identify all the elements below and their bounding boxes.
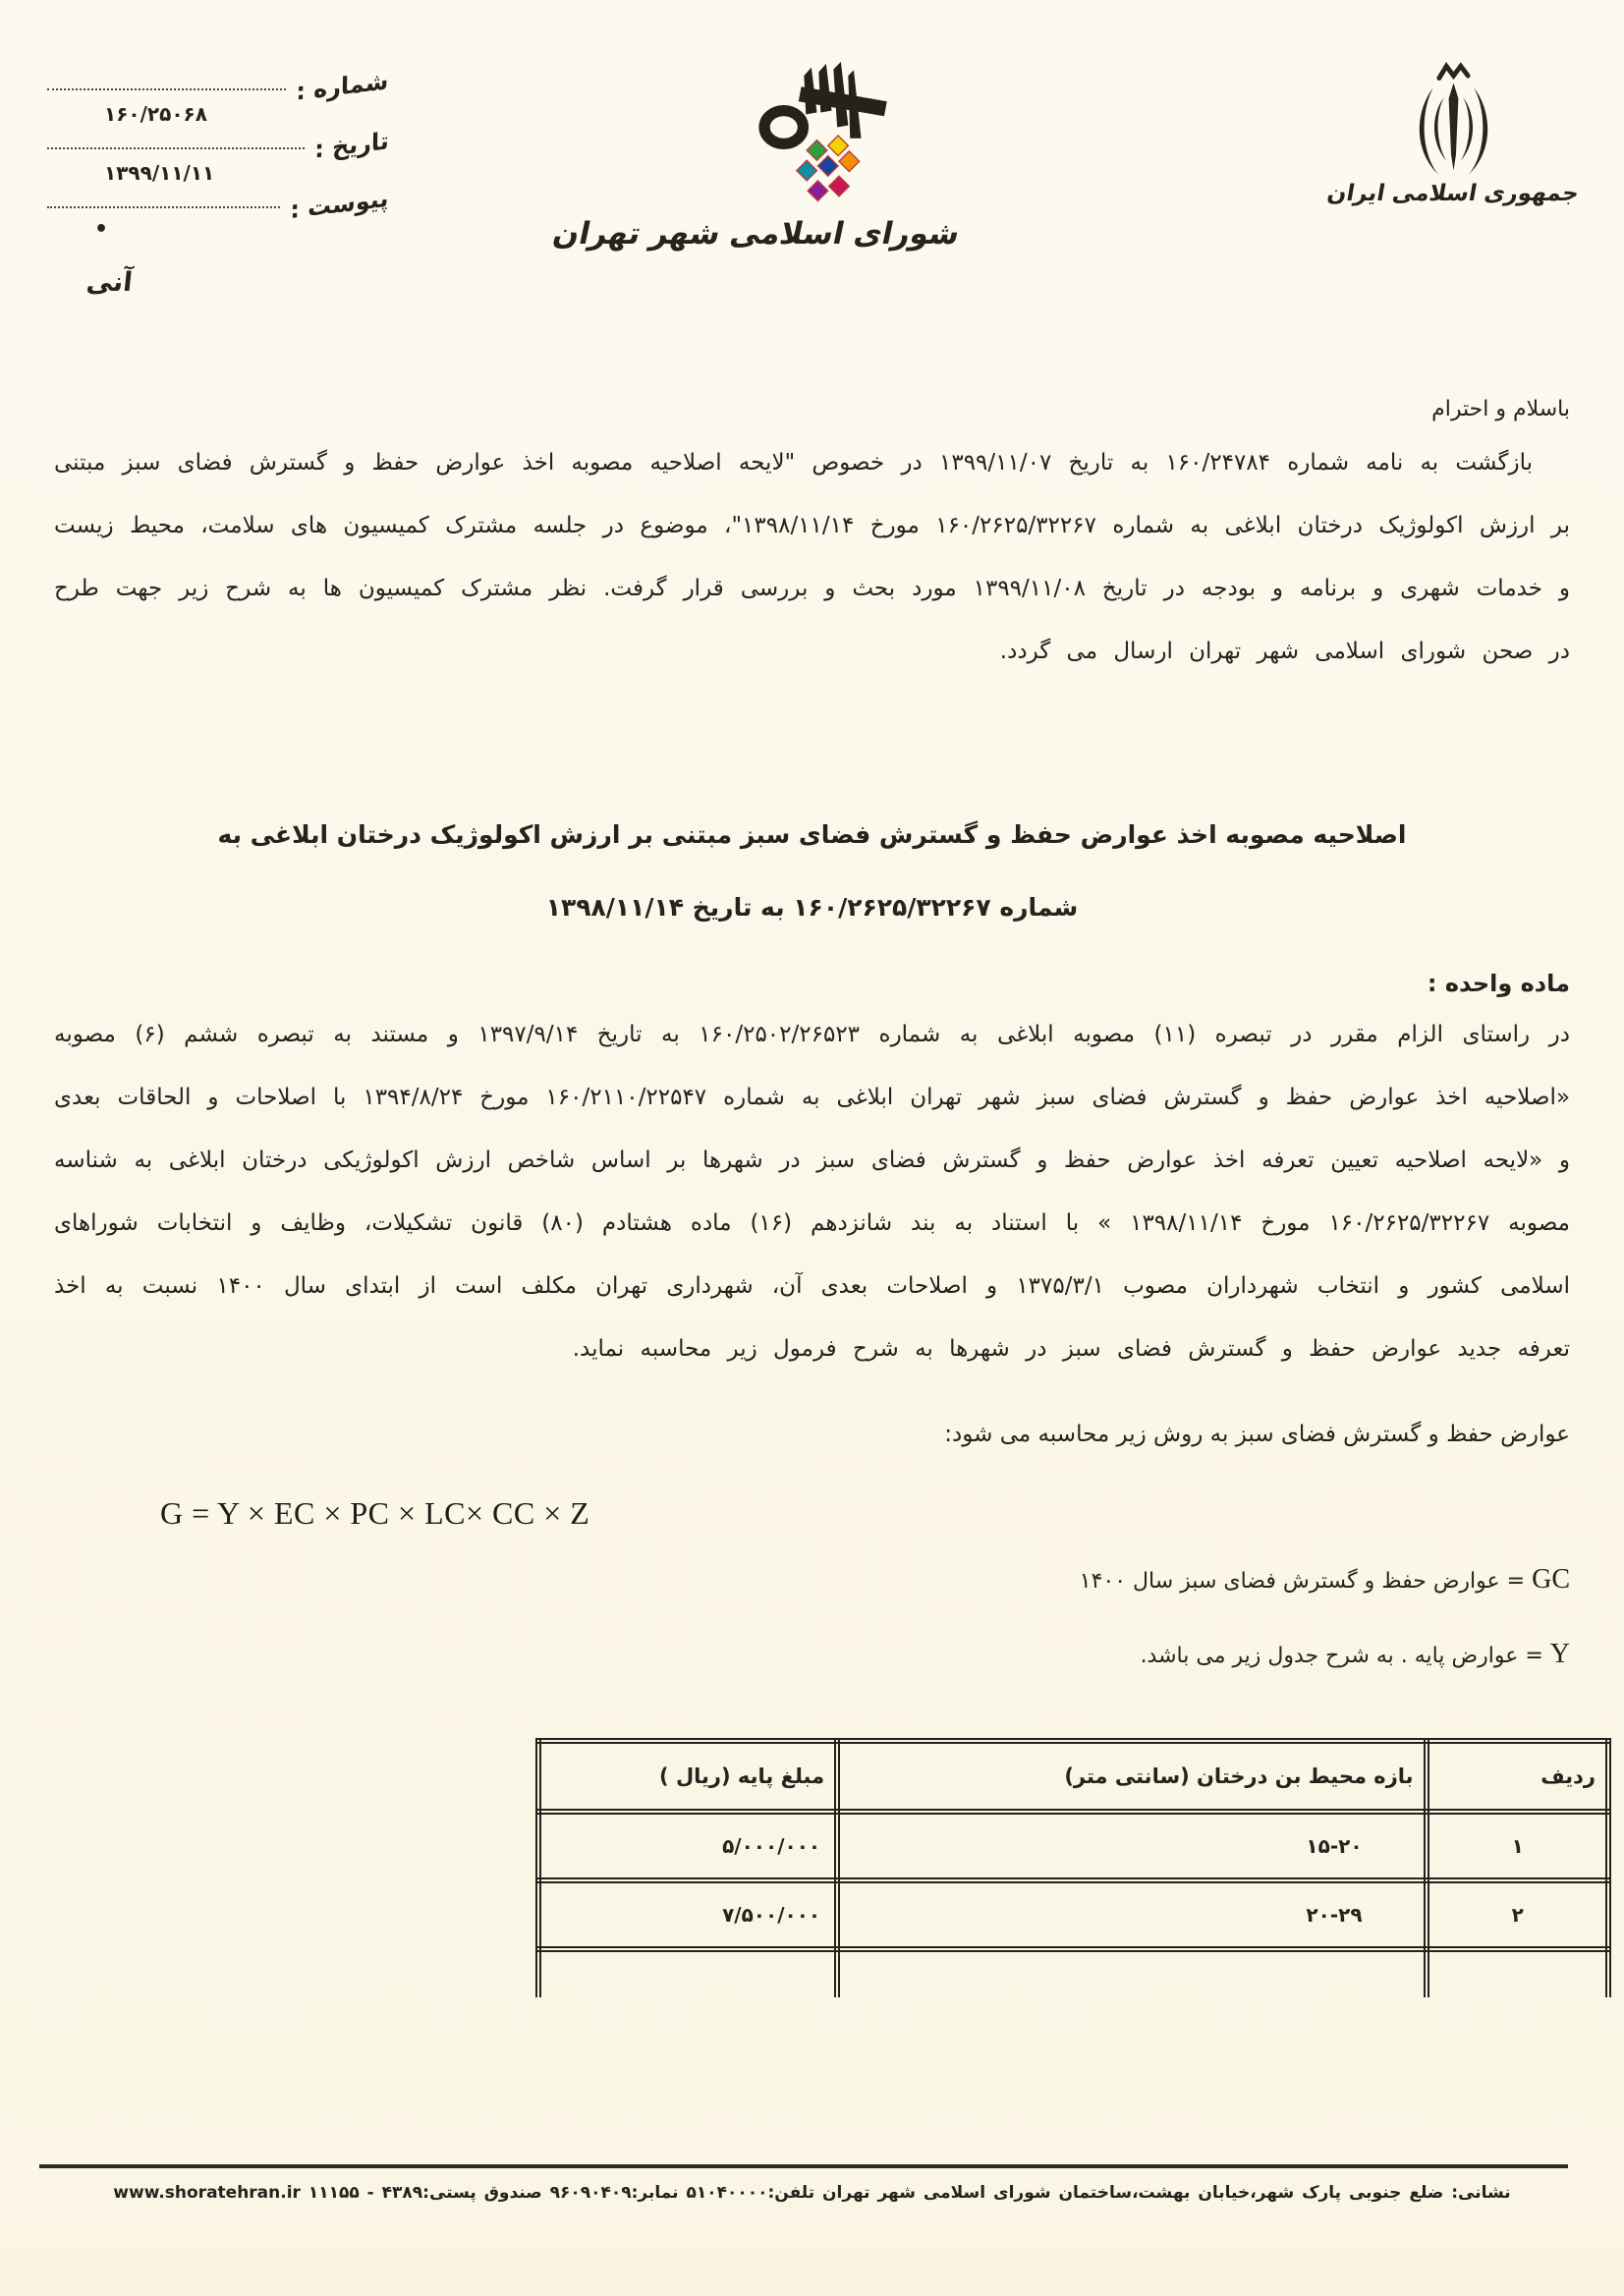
footer-divider xyxy=(39,2164,1568,2168)
header-row-number: ردیف xyxy=(1427,1741,1608,1812)
amount-cell: ۵/۰۰۰/۰۰۰ xyxy=(538,1812,837,1880)
dotted-line xyxy=(47,206,280,208)
amount-cell: ۷/۵۰۰/۰۰۰ xyxy=(538,1880,837,1949)
header-trunk-range: بازه محیط بن درختان (سانتی متر) xyxy=(837,1741,1426,1812)
logo-diamond-teal xyxy=(797,160,817,181)
range-cell xyxy=(837,1949,1426,1997)
letter-attachment-row: پیوست : xyxy=(47,191,389,218)
tariff-table: ردیف بازه محیط بن درختان (سانتی متر) مبل… xyxy=(535,1738,1611,1997)
council-block: شورای اسلامی شهر تهران xyxy=(542,57,971,252)
footer-address: نشانی: ضلع جنوبی پارک شهر،خیابان بهشت،سا… xyxy=(54,2183,1570,2203)
formula: G = Y × EC × PC × LC× CC × Z xyxy=(160,1495,1570,1532)
table-header-row: ردیف بازه محیط بن درختان (سانتی متر) مبل… xyxy=(538,1741,1608,1812)
scanned-letter-page: شماره : ۱۶۰/۲۵۰۶۸ تاریخ : ۱۳۹۹/۱۱/۱۱ پیو… xyxy=(0,0,1624,2296)
decree-heading-line1: اصلاحیه مصوبه اخذ عوارض حفظ و گسترش فضای… xyxy=(54,799,1570,871)
table-row-partial-cutoff xyxy=(538,1949,1608,1997)
decree-heading: اصلاحیه مصوبه اخذ عوارض حفظ و گسترش فضای… xyxy=(54,799,1570,944)
logo-diamond-yellow xyxy=(828,136,849,156)
article-label: ماده واحده : xyxy=(54,970,1570,997)
method-line: عوارض حفظ و گسترش فضای سبز به روش زیر مح… xyxy=(54,1403,1570,1466)
table-row: ۱ ۱۵-۲۰ ۵/۰۰۰/۰۰۰ xyxy=(538,1812,1608,1880)
logo-diamond-blue xyxy=(817,156,838,177)
salutation: باسلام و احترام xyxy=(54,397,1570,421)
dotted-line xyxy=(47,88,286,90)
logo-diamond-green xyxy=(807,140,827,161)
row-number-cell xyxy=(1427,1949,1608,1997)
council-logo-icon xyxy=(751,57,898,212)
intro-paragraph: بازگشت به نامه شماره ۱۶۰/۲۴۷۸۴ به تاریخ … xyxy=(54,431,1570,683)
dotted-line xyxy=(47,147,305,149)
definition-line-gc: GC = عوارض حفظ و گسترش فضای سبز سال ۱۴۰۰ xyxy=(54,1555,1570,1606)
letter-number-row: شماره : xyxy=(47,73,389,100)
range-cell: ۱۵-۲۰ xyxy=(837,1812,1426,1880)
definition-symbol-y: Y xyxy=(1550,1639,1570,1669)
definition-line-y: Y = عوارض پایه . به شرح جدول زیر می باشد… xyxy=(54,1630,1570,1681)
state-name: جمهوری اسلامی ایران xyxy=(1293,181,1614,206)
letter-body: باسلام و احترام بازگشت به نامه شماره ۱۶۰… xyxy=(0,397,1624,1681)
row-number-cell: ۲ xyxy=(1427,1880,1608,1949)
definition-text-y: = عوارض پایه . به شرح جدول زیر می باشد. xyxy=(1141,1644,1543,1668)
state-block: جمهوری اسلامی ایران xyxy=(1295,59,1611,206)
row-number-cell: ۱ xyxy=(1427,1812,1608,1880)
definition-symbol-gc: GC xyxy=(1532,1564,1570,1595)
amount-cell xyxy=(538,1949,837,1997)
letter-meta-block: شماره : ۱۶۰/۲۵۰۶۸ تاریخ : ۱۳۹۹/۱۱/۱۱ پیو… xyxy=(47,73,389,298)
letter-date-value: ۱۳۹۹/۱۱/۱۱ xyxy=(47,159,389,191)
iran-emblem-icon xyxy=(1392,59,1515,179)
logo-diamond-crimson xyxy=(829,176,850,196)
letter-date-row: تاریخ : xyxy=(47,132,389,159)
range-cell: ۲۰-۲۹ xyxy=(837,1880,1426,1949)
header-base-amount: مبلغ پایه (ریال ) xyxy=(538,1741,837,1812)
letterhead: شماره : ۱۶۰/۲۵۰۶۸ تاریخ : ۱۳۹۹/۱۱/۱۱ پیو… xyxy=(0,0,1624,371)
table-row: ۲ ۲۰-۲۹ ۷/۵۰۰/۰۰۰ xyxy=(538,1880,1608,1949)
article-paragraph: در راستای الزام مقرر در تبصره (۱۱) مصوبه… xyxy=(54,1003,1570,1380)
urgency-stamp: آنی xyxy=(84,267,134,298)
letter-number-value: ۱۶۰/۲۵۰۶۸ xyxy=(47,100,389,132)
decree-heading-line2: شماره ۱۶۰/۲۶۲۵/۳۲۲۶۷ به تاریخ ۱۳۹۸/۱۱/۱۴ xyxy=(54,871,1570,944)
logo-diamond-orange xyxy=(839,151,860,172)
logo-diamond-purple xyxy=(808,181,828,201)
letter-attachment-value: • xyxy=(47,218,389,246)
tariff-table-section: ردیف بازه محیط بن درختان (سانتی متر) مبل… xyxy=(0,1738,1624,1997)
definition-text-gc: = عوارض حفظ و گسترش فضای سبز سال ۱۴۰۰ xyxy=(1080,1569,1525,1594)
council-name: شورای اسلامی شهر تهران xyxy=(538,216,975,252)
